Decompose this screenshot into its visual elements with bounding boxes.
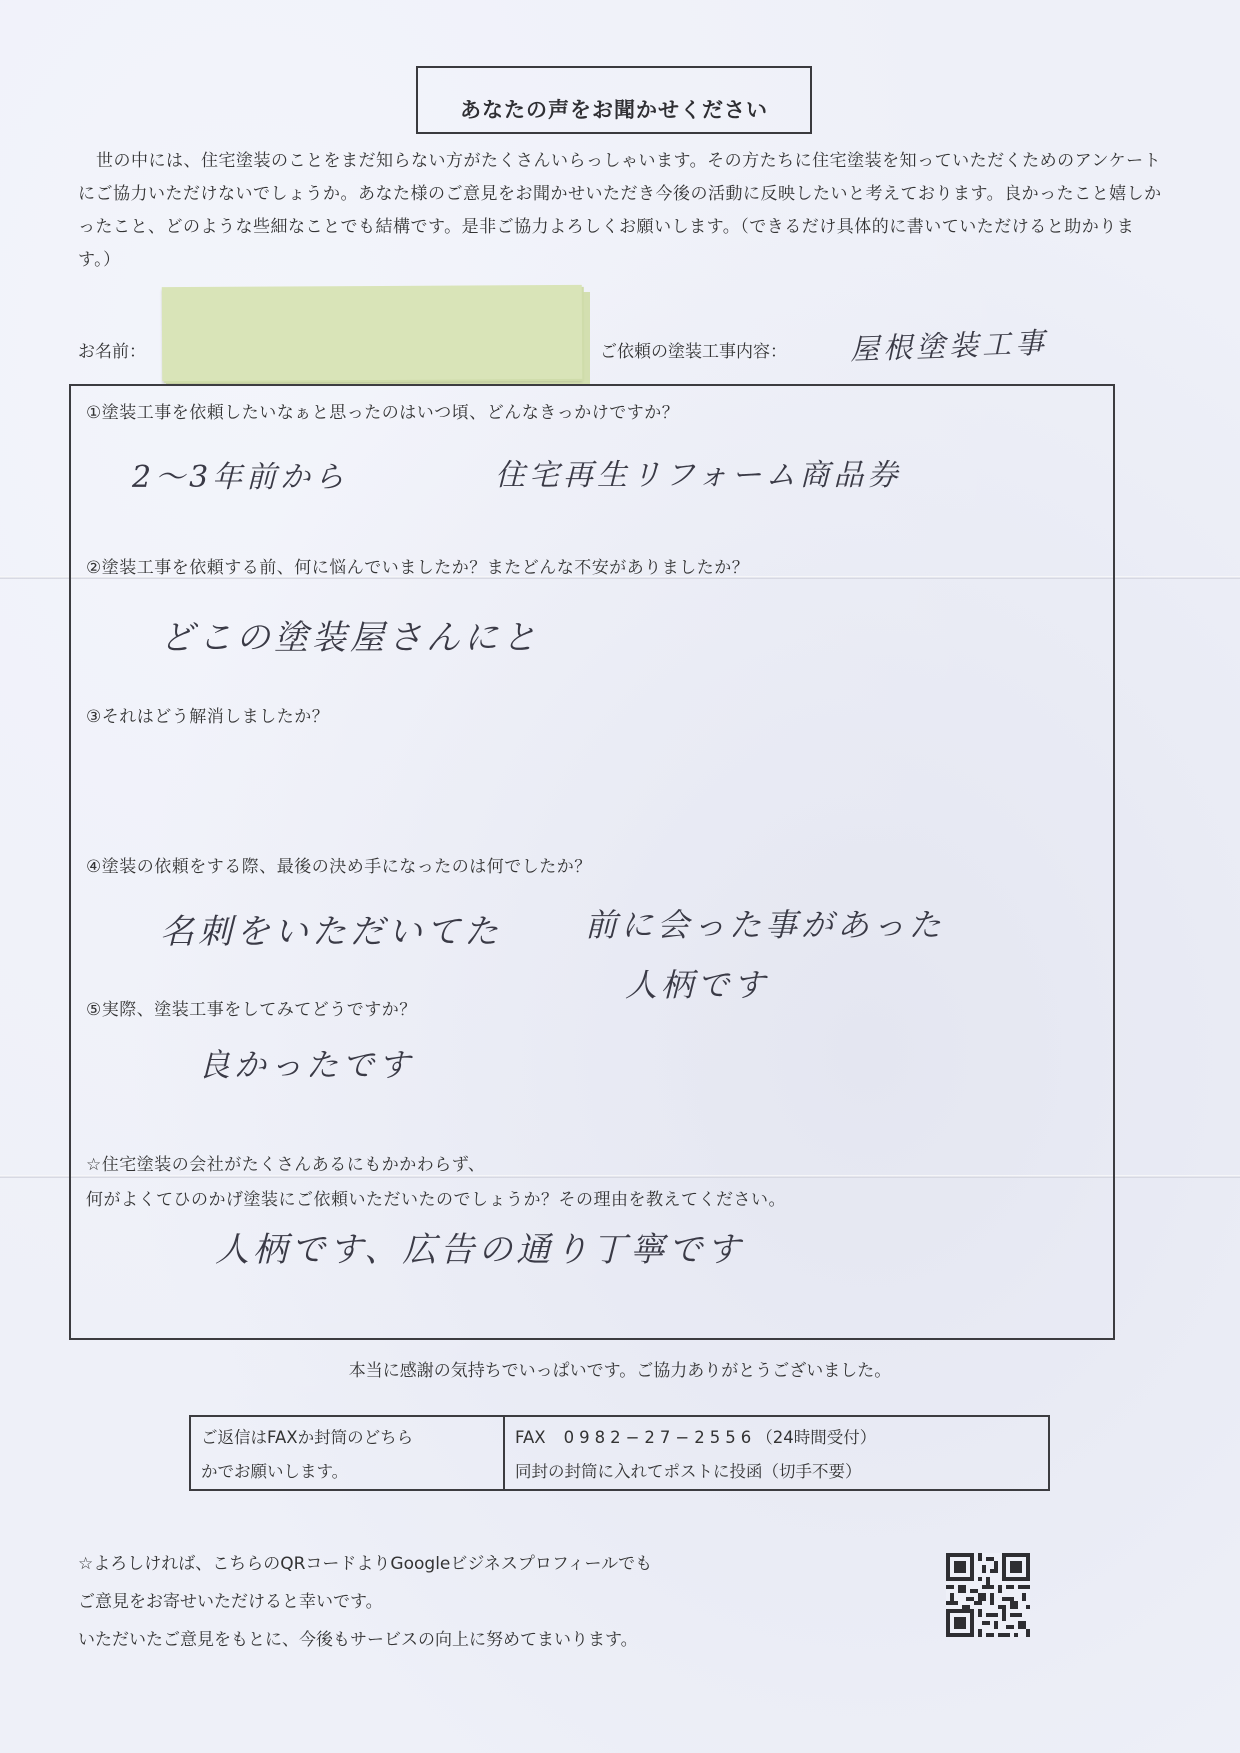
page-title: あなたの声をお聞かせください (460, 94, 768, 124)
footer-note: ☆よろしければ、こちらのQRコードよりGoogleビジネスプロフィールでも ご意… (78, 1545, 878, 1659)
answer-6: 人柄です、広告の通り丁寧です (215, 1222, 744, 1271)
envelope-instruction: 同封の封筒に入れてポストに投函（切手不要） (515, 1455, 1048, 1489)
question-2: ②塗装工事を依頼する前、何に悩んでいましたか？またどんな不安がありましたか？ (86, 553, 749, 578)
fax-number: 0982−27−2556 (564, 1428, 757, 1447)
reply-method-cell: ご返信はFAXか封筒のどちら かでお願いします。 (191, 1417, 505, 1489)
question-6-line2: 何がよくてひのかげ塗装にご依頼いただいたのでしょうか？その理由を教えてください。 (86, 1185, 786, 1210)
qr-code-icon[interactable] (946, 1553, 1030, 1637)
reply-instructions-table: ご返信はFAXか封筒のどちら かでお願いします。 FAX0982−27−2556… (189, 1415, 1050, 1491)
answer-1b: 住宅再生リフォーム商品券 (495, 450, 902, 494)
reply-method-line1: ご返信はFAXか封筒のどちら (201, 1421, 503, 1455)
reply-details-cell: FAX0982−27−2556（24時間受付） 同封の封筒に入れてポストに投函（… (505, 1417, 1048, 1489)
footer-line-1: ☆よろしければ、こちらのQRコードよりGoogleビジネスプロフィールでも (78, 1545, 878, 1583)
answer-4a: 名刺をいただいてた (160, 904, 502, 953)
footer-line-3: いただいたご意見をもとに、今後もサービスの向上に努めてまいります。 (78, 1621, 878, 1659)
answer-4c: 人柄です (625, 960, 769, 1006)
name-redaction-sticky-note (162, 285, 582, 381)
answer-5: 良かったです (198, 1040, 414, 1086)
question-1: ①塗装工事を依頼したいなぁと思ったのはいつ頃、どんなきっかけですか？ (86, 398, 679, 423)
question-5: ⑤実際、塗装工事をしてみてどうですか？ (86, 995, 417, 1020)
title-box: あなたの声をお聞かせください (416, 66, 812, 134)
name-label: お名前： (78, 337, 146, 362)
question-6-line1: ☆住宅塗装の会社がたくさんあるにもかかわらず、 (86, 1150, 485, 1175)
question-4: ④塗装の依頼をする際、最後の決め手になったのは何でしたか？ (86, 852, 592, 877)
work-type-label: ご依頼の塗装工事内容： (600, 337, 787, 362)
fax-label: FAX (515, 1428, 546, 1447)
answer-2: どこの塗装屋さんにと (160, 610, 540, 659)
fax-line: FAX0982−27−2556（24時間受付） (515, 1421, 1048, 1455)
answer-4b: 前に会った事があった (585, 900, 945, 946)
fax-note: （24時間受付） (756, 1428, 876, 1447)
work-type-value: 屋根塗装工事 (849, 321, 1048, 369)
question-3: ③それはどう解消しましたか？ (86, 702, 329, 727)
thanks-message: 本当に感謝の気持ちでいっぱいです。ご協力ありがとうございました。 (0, 1356, 1240, 1381)
footer-line-2: ご意見をお寄せいただけると幸いです。 (78, 1583, 878, 1621)
reply-method-line2: かでお願いします。 (201, 1455, 503, 1489)
intro-paragraph: 世の中には、住宅塗装のことをまだ知らない方がたくさんいらっしゃいます。その方たち… (78, 145, 1168, 277)
answer-1a: 2〜3年前から (132, 452, 348, 496)
